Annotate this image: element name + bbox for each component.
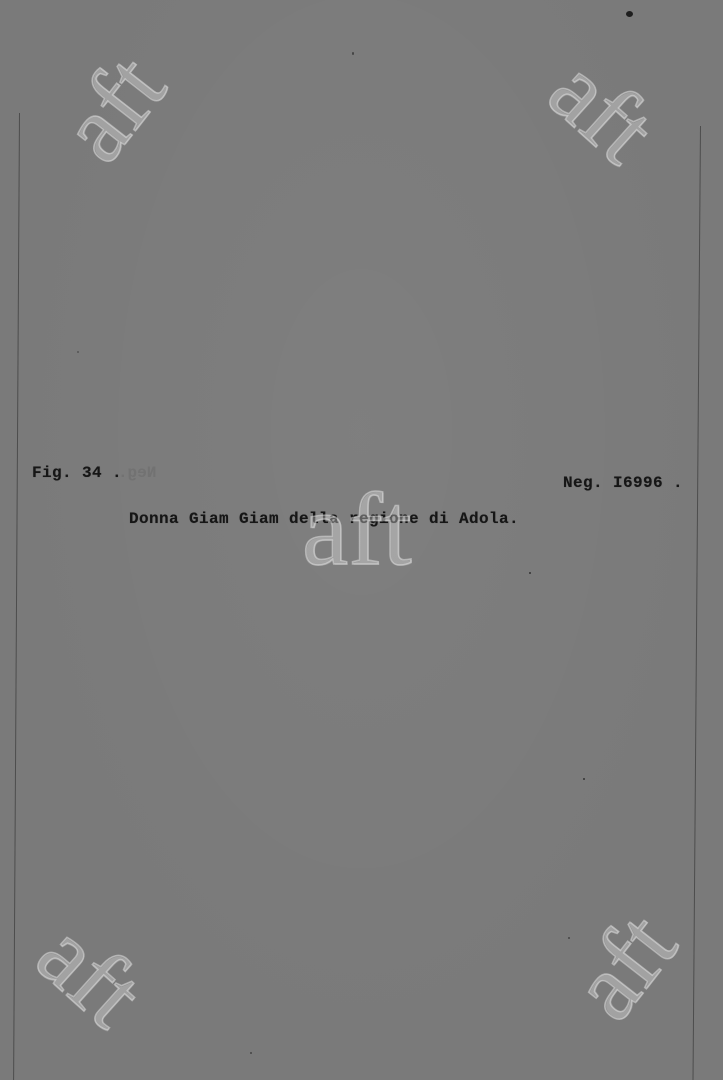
watermark-top-left: aft bbox=[44, 39, 182, 178]
dust-speck bbox=[568, 937, 570, 939]
page-edge-left bbox=[13, 113, 20, 1080]
watermark-center: aft bbox=[302, 478, 412, 582]
dust-speck bbox=[529, 572, 531, 574]
dust-speck bbox=[626, 11, 633, 17]
figure-label: Fig. 34 . bbox=[32, 464, 122, 482]
dust-speck bbox=[77, 351, 79, 353]
watermark-top-right: aft bbox=[533, 40, 672, 179]
page-edge-right bbox=[693, 126, 701, 1080]
bleedthrough-text: Neg. bbox=[118, 464, 156, 482]
watermark-bottom-left: aft bbox=[21, 904, 160, 1043]
negative-number: Neg. I6996 . bbox=[563, 474, 683, 492]
dust-speck bbox=[250, 1052, 252, 1054]
watermark-bottom-right: aft bbox=[555, 897, 693, 1036]
dust-speck bbox=[583, 778, 585, 780]
dust-speck bbox=[352, 52, 354, 55]
